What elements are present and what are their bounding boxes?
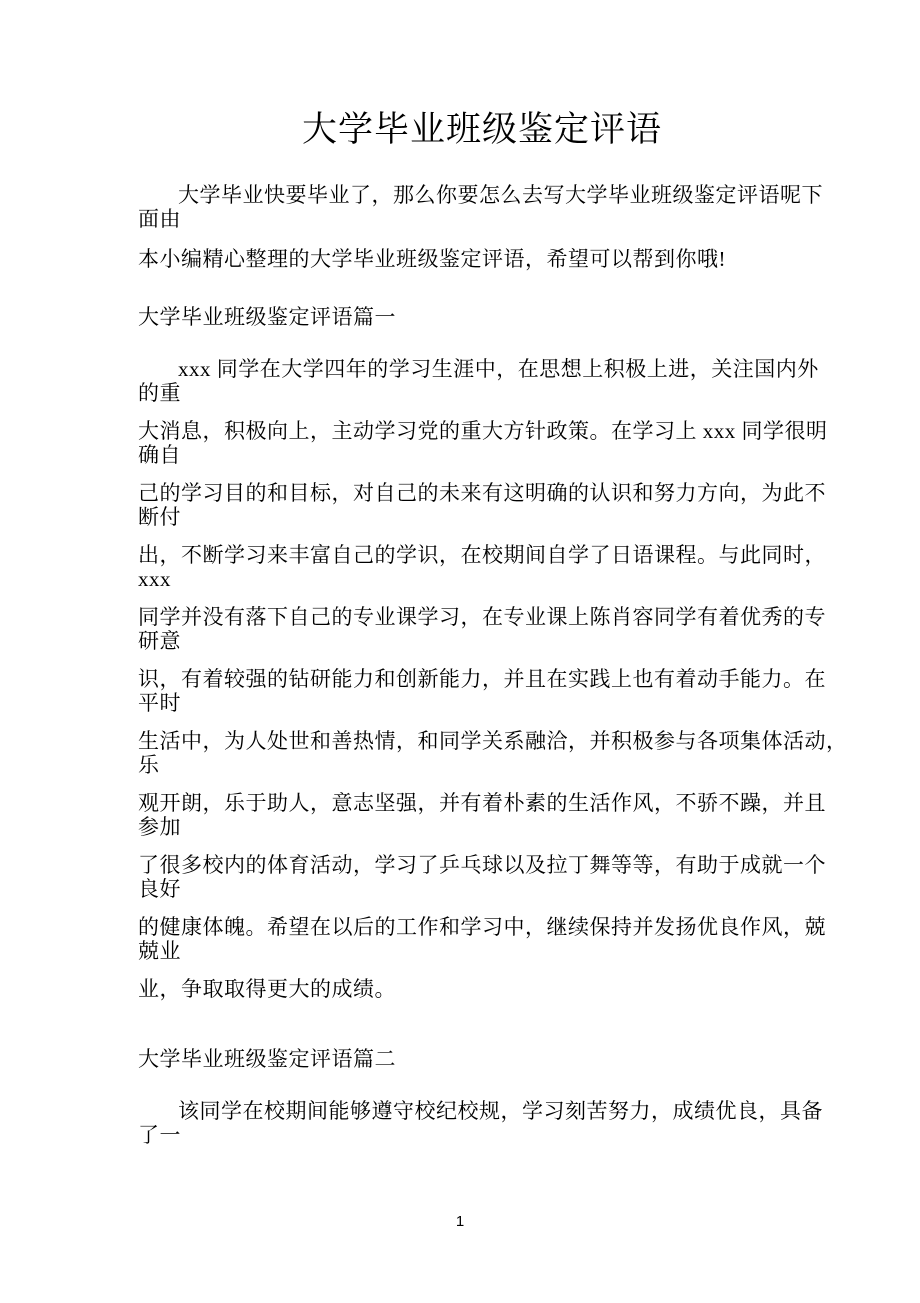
intro-paragraph-2: 本小编精心整理的大学毕业班级鉴定评语，希望可以帮到你哦! [138,247,782,271]
document-content: 大学毕业班级鉴定评语 大学毕业快要毕业了，那么你要怎么去写大学毕业班级鉴定评语呢… [0,0,920,1147]
paragraph-line: 兢业 [138,939,782,963]
paragraph-line: 良好 [138,877,782,901]
paragraph-line: 业，争取取得更大的成绩。 [138,977,782,1001]
section-one-paragraph-2: 大消息，积极向上，主动学习党的重大方针政策。在学习上 xxx 同学很明 确自 [138,419,782,467]
paragraph-line: 平时 [138,691,782,715]
paragraph-line: 确自 [138,443,782,467]
section-one-paragraph-10: 的健康体魄。希望在以后的工作和学习中，继续保持并发扬优良作风，兢 兢业 [138,915,782,963]
paragraph-line: 研意 [138,629,782,653]
paragraph-line: 同学并没有落下自己的专业课学习，在专业课上陈肖容同学有着优秀的专 [138,605,782,629]
paragraph-line: 该同学在校期间能够遵守校纪校规，学习刻苦努力，成绩优良，具备 [138,1099,782,1123]
paragraph-line: 面由 [138,207,782,231]
section-one-paragraph-6: 识，有着较强的钻研能力和创新能力，并且在实践上也有着动手能力。在 平时 [138,667,782,715]
paragraph-line: 识，有着较强的钻研能力和创新能力，并且在实践上也有着动手能力。在 [138,667,782,691]
section-two-paragraph-1: 该同学在校期间能够遵守校纪校规，学习刻苦努力，成绩优良，具备 了一 [138,1099,782,1147]
paragraph-line: 大学毕业快要毕业了，那么你要怎么去写大学毕业班级鉴定评语呢下 [138,183,782,207]
paragraph-line: 大消息，积极向上，主动学习党的重大方针政策。在学习上 xxx 同学很明 [138,419,782,443]
paragraph-line: 观开朗，乐于助人，意志坚强，并有着朴素的生活作风，不骄不躁，并且 [138,791,782,815]
paragraph-line: 参加 [138,815,782,839]
paragraph-line: 出，不断学习来丰富自己的学识，在校期间自学了日语课程。与此同时， [138,543,782,567]
intro-paragraph-1: 大学毕业快要毕业了，那么你要怎么去写大学毕业班级鉴定评语呢下 面由 [138,183,782,231]
paragraph-line: 本小编精心整理的大学毕业班级鉴定评语，希望可以帮到你哦! [138,247,782,271]
paragraph-line: 了一 [138,1123,782,1147]
paragraph-line: 生活中，为人处世和善热情，和同学关系融洽，并积极参与各项集体活动， [138,729,782,753]
paragraph-line: 断付 [138,505,782,529]
section-one-paragraph-3: 己的学习目的和目标，对自己的未来有这明确的认识和努力方向，为此不 断付 [138,481,782,529]
paragraph-line: 了很多校内的体育活动，学习了乒乓球以及拉丁舞等等，有助于成就一个 [138,853,782,877]
section-one-paragraph-9: 了很多校内的体育活动，学习了乒乓球以及拉丁舞等等，有助于成就一个 良好 [138,853,782,901]
section-one-heading: 大学毕业班级鉴定评语篇一 [138,305,782,329]
page-number: 1 [0,1212,920,1232]
paragraph-line: 乐 [138,753,782,777]
section-one-paragraph-11: 业，争取取得更大的成绩。 [138,977,782,1001]
section-one-paragraph-4: 出，不断学习来丰富自己的学识，在校期间自学了日语课程。与此同时， xxx [138,543,782,591]
paragraph-line: xxx 同学在大学四年的学习生涯中，在思想上积极上进，关注国内外 [138,357,782,381]
document-title: 大学毕业班级鉴定评语 [182,107,782,153]
paragraph-line: 的重 [138,381,782,405]
paragraph-line: 己的学习目的和目标，对自己的未来有这明确的认识和努力方向，为此不 [138,481,782,505]
paragraph-line: xxx [138,567,782,591]
section-one-paragraph-1: xxx 同学在大学四年的学习生涯中，在思想上积极上进，关注国内外 的重 [138,357,782,405]
section-one-paragraph-7: 生活中，为人处世和善热情，和同学关系融洽，并积极参与各项集体活动， 乐 [138,729,782,777]
paragraph-line: 的健康体魄。希望在以后的工作和学习中，继续保持并发扬优良作风，兢 [138,915,782,939]
section-one-paragraph-8: 观开朗，乐于助人，意志坚强，并有着朴素的生活作风，不骄不躁，并且 参加 [138,791,782,839]
document-page: 大学毕业班级鉴定评语 大学毕业快要毕业了，那么你要怎么去写大学毕业班级鉴定评语呢… [0,0,920,1303]
section-one-paragraph-5: 同学并没有落下自己的专业课学习，在专业课上陈肖容同学有着优秀的专 研意 [138,605,782,653]
section-two-heading: 大学毕业班级鉴定评语篇二 [138,1047,782,1071]
